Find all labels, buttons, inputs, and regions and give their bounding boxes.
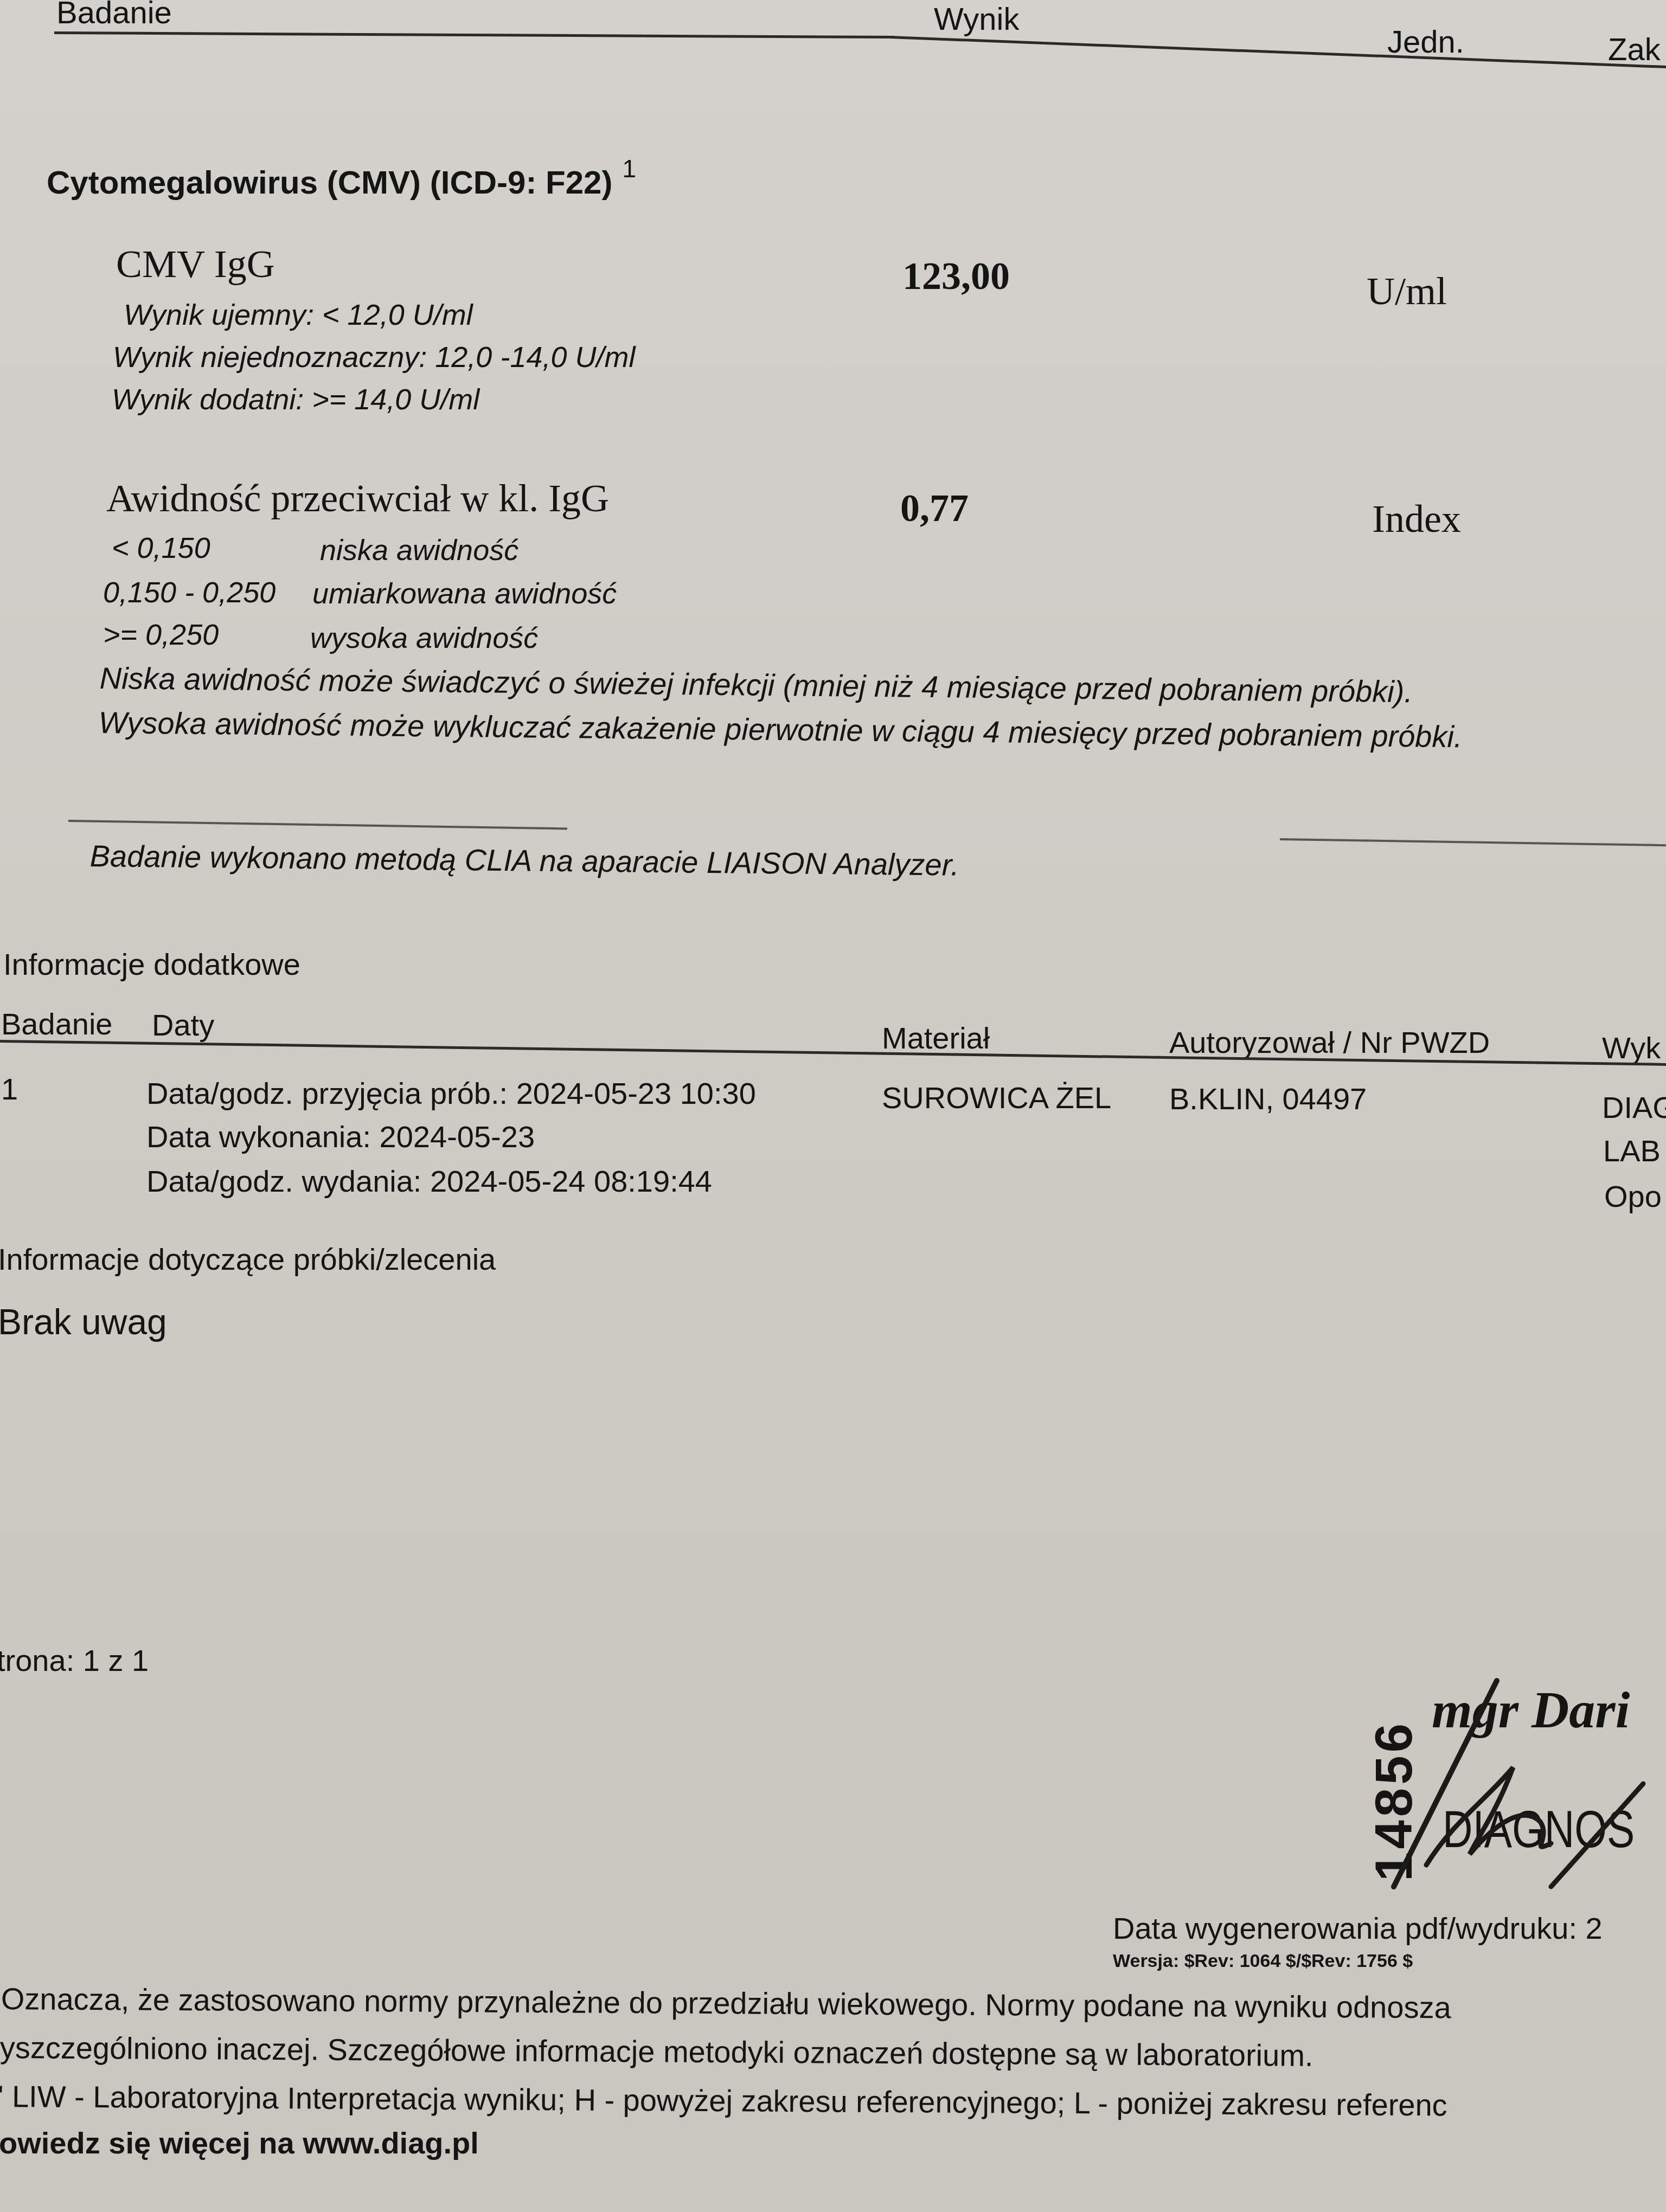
section-title: Cytomegalowirus (CMV) (ICD-9: F22)1 — [47, 164, 636, 201]
section-title-text: Cytomegalowirus (CMV) (ICD-9: F22) — [47, 164, 612, 201]
row-material: SUROWICA ŻEL — [882, 1080, 1111, 1115]
ref-equivocal: Wynik niejednoznaczny: 12,0 -14,0 U/ml — [113, 340, 635, 374]
row-performed-1: DIAG — [1602, 1090, 1666, 1125]
row-date-received: Data/godz. przyjęcia prób.: 2024-05-23 1… — [146, 1076, 756, 1111]
ref-moderate-range: 0,150 - 0,250 — [103, 576, 275, 609]
test-unit-avidity: Index — [1372, 497, 1461, 542]
row-date-issued: Data/godz. wydania: 2024-05-24 08:19:44 — [146, 1163, 712, 1199]
signature-icon — [1388, 1659, 1666, 1898]
header-divider — [54, 31, 895, 38]
test-name-cmv-igg: CMV IgG — [116, 242, 275, 287]
header-col-unit: Jedn. — [1387, 24, 1464, 60]
additional-info-title: Informacje dodatkowe — [3, 947, 300, 982]
row-performed-3: Opo — [1604, 1179, 1662, 1214]
avidity-note-high: Wysoka awidność może wykluczać zakażenie… — [98, 705, 1462, 754]
footer-line-4: owiedz się więcej na www.diag.pl — [0, 2125, 479, 2160]
header-divider-right — [889, 36, 1666, 69]
version-info: Wersja: $Rev: 1064 $/$Rev: 1756 $ — [1113, 1951, 1413, 1972]
method-divider-left — [68, 820, 567, 829]
method-note: Badanie wykonano metodą CLIA na aparacie… — [89, 838, 959, 883]
footnote-marker: 1 — [622, 155, 636, 183]
row-date-performed: Data wykonania: 2024-05-23 — [146, 1119, 535, 1154]
ref-positive: Wynik dodatni: >= 14,0 U/ml — [112, 383, 479, 416]
col-performed: Wyk — [1602, 1030, 1661, 1065]
test-name-avidity: Awidność przeciwciał w kl. IgG — [106, 476, 609, 521]
generated-date: Data wygenerowania pdf/wydruku: 2 — [1113, 1911, 1603, 1946]
ref-high-label: wysoka awidność — [310, 621, 538, 655]
col-test: Badanie — [1, 1006, 113, 1041]
row-performed-2: LAB — [1603, 1133, 1661, 1168]
row-authorized: B.KLIN, 04497 — [1169, 1081, 1367, 1116]
method-divider-right — [1280, 838, 1666, 846]
header-col-test: Badanie — [56, 0, 172, 31]
footer-line-3: ' LIW - Laboratoryjna Interpretacja wyni… — [0, 2079, 1447, 2123]
avidity-note-low: Niska awidność może świadczyć o świeżej … — [99, 660, 1413, 709]
footer-website-text[interactable]: owiedz się więcej na www.diag.pl — [0, 2126, 479, 2160]
header-col-range: Zak — [1608, 31, 1661, 68]
footer-line-2: yszczególniono inaczej. Szczegółowe info… — [0, 2030, 1313, 2073]
ref-moderate-label: umiarkowana awidność — [312, 577, 617, 610]
ref-negative: Wynik ujemny: < 12,0 U/ml — [124, 298, 473, 332]
ref-high-range: >= 0,250 — [103, 618, 219, 652]
col-dates: Daty — [152, 1007, 214, 1043]
header-col-result: Wynik — [934, 1, 1019, 37]
test-unit-cmv-igg: U/ml — [1367, 269, 1447, 314]
row-test-number: 1 — [1, 1071, 18, 1107]
ref-low-range: < 0,150 — [112, 531, 210, 565]
col-authorized: Autoryzował / Nr PWZD — [1169, 1025, 1490, 1060]
page-indicator: trona: 1 z 1 — [0, 1643, 149, 1678]
sample-info-title: Informacje dotyczące próbki/zlecenia — [0, 1242, 496, 1277]
footer-line-1: Oznacza, że zastosowano normy przynależn… — [1, 1981, 1451, 2025]
col-material: Materiał — [882, 1020, 990, 1056]
test-value-cmv-igg: 123,00 — [902, 254, 1010, 299]
test-value-avidity: 0,77 — [900, 486, 969, 531]
ref-low-label: niska awidność — [320, 533, 518, 567]
sample-info-value: Brak uwag — [0, 1301, 167, 1342]
